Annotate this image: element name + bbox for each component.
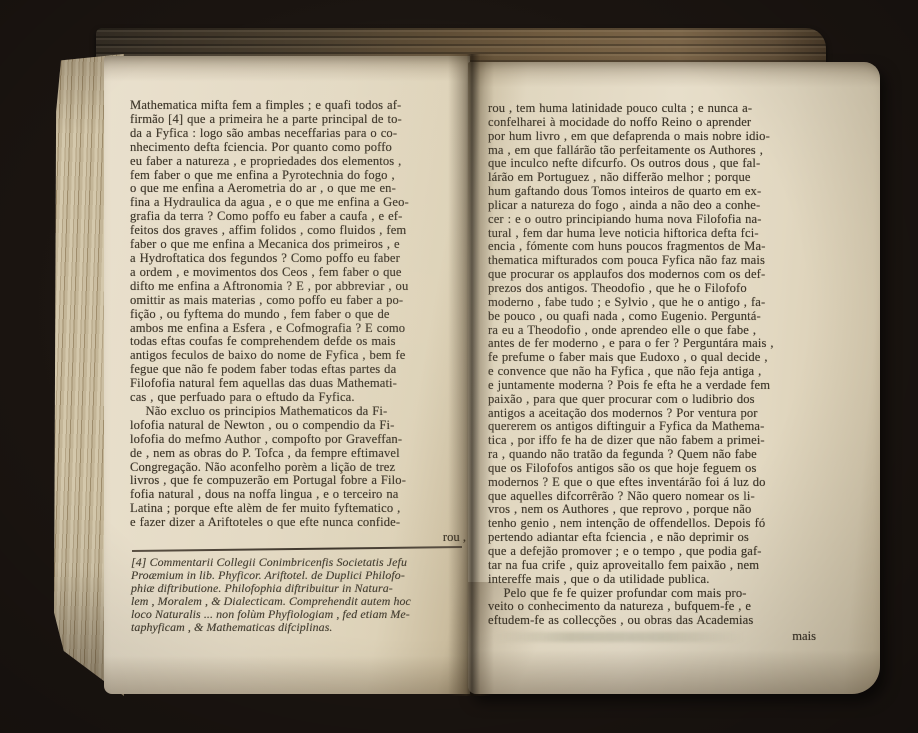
book-scan-photo: Mathematica mifta fem a fimples ; e quaf…: [0, 0, 918, 733]
right-page-catchword: mais: [488, 629, 816, 644]
left-page: Mathematica mifta fem a fimples ; e quaf…: [104, 56, 470, 694]
right-page-text: rou , tem huma latinidade pouco culta ; …: [488, 102, 830, 628]
right-page: rou , tem huma latinidade pouco culta ; …: [468, 62, 880, 694]
left-page-text: Mathematica mifta fem a fimples ; e quaf…: [130, 99, 472, 530]
footnote-divider: [132, 546, 462, 552]
book-gutter-shadow: [448, 54, 494, 696]
left-page-footnote: [4] Commentarii Collegii Conimbricenfis …: [131, 556, 471, 633]
left-page-catchword: rou ,: [130, 530, 466, 545]
